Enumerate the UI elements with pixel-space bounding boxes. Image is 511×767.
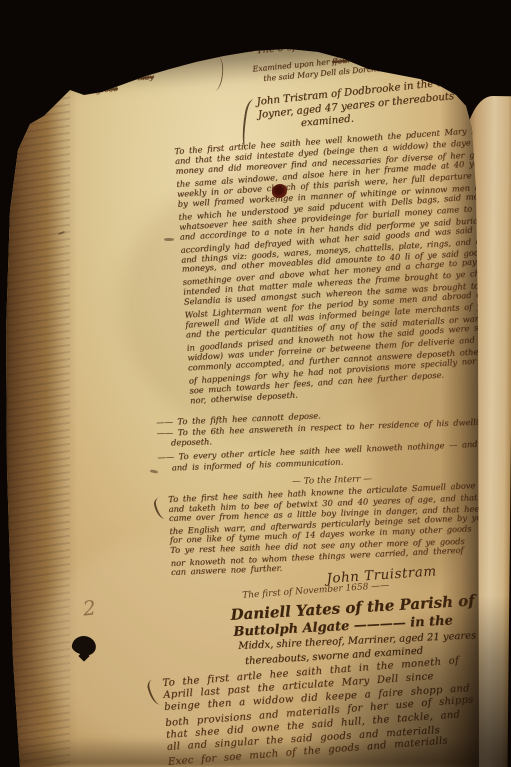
ink-spot <box>111 33 121 41</box>
ink-spot <box>60 31 69 39</box>
ink-spot <box>76 28 87 37</box>
caption-struck-word: ffourefould <box>332 53 376 66</box>
margin-note-line: Adm Worshipp — agreed <box>66 45 165 63</box>
ink-spot <box>94 27 102 37</box>
caption-post: Allegacon agt <box>375 48 432 62</box>
ink-dots <box>148 56 150 58</box>
folio-number: 283 <box>74 51 100 63</box>
red-ink-blot <box>272 184 287 198</box>
ink-spot <box>46 36 53 42</box>
corner-vignette <box>291 597 511 767</box>
ink-spot <box>127 40 133 45</box>
margin-flourish-glyph: 2 <box>82 595 97 620</box>
margin-note-line: Mary Dell agen p Exall <box>67 54 166 73</box>
margin-note: Adm Worshipp — agreed Mary Dell agen p E… <box>66 45 168 96</box>
manuscript-photo: 283 Adm Worshipp — agreed Mary Dell agen… <box>0 0 511 767</box>
caption-superscript: Maria <box>428 54 448 64</box>
ink-speck <box>164 238 174 241</box>
